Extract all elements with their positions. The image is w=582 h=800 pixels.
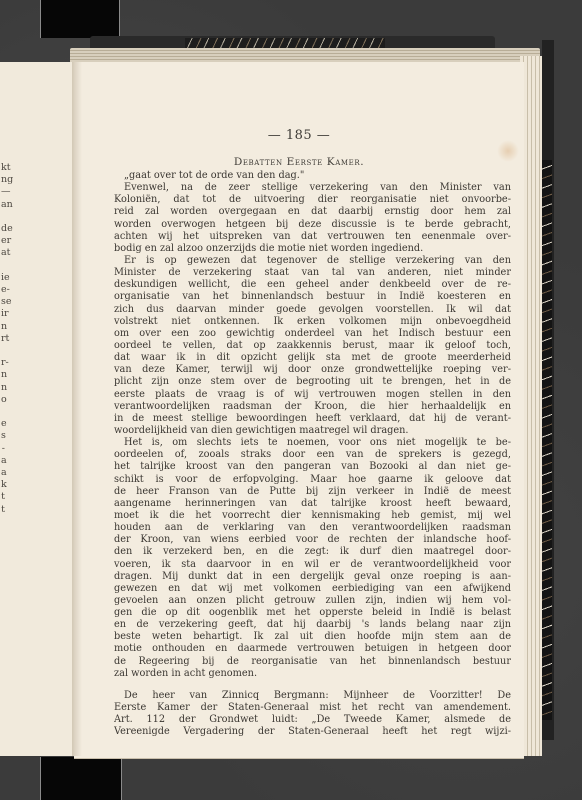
left-page-fragment: e- xyxy=(1,284,41,296)
scanner-gap-bottom xyxy=(40,757,122,800)
text-line: gewezen en dat wij met volkomen eerbiedi… xyxy=(114,583,511,595)
text-line: Het is, om slechts iets te noemen, voor … xyxy=(114,437,511,449)
text-line: gen die op dit oogenblik met het opperst… xyxy=(114,607,511,619)
text-line: dragen. Mij dunkt dat in een dergelijk g… xyxy=(114,571,511,583)
paragraph-gap xyxy=(114,680,511,690)
text-line: organisatie van het binnenlandsch bestuu… xyxy=(114,291,511,303)
left-page-fragment: se xyxy=(1,296,41,308)
text-line: Er is op gewezen dat tegenover de stelli… xyxy=(114,255,511,267)
left-page-fragment: ie xyxy=(1,272,41,284)
left-page-fragment: an xyxy=(1,199,41,211)
paragraph: Het is, om slechts iets te noemen, voor … xyxy=(114,437,511,680)
text-line: van deze Kamer, terwijl wij door onze gr… xyxy=(114,364,511,376)
left-page-fragment: ir xyxy=(1,308,41,320)
text-line: reid zal worden overgegaan en dat daarbi… xyxy=(114,206,511,218)
text-line: beste weten behartigt. Ik zal uit dien h… xyxy=(114,631,511,643)
text-line: oordeelen of, zooals straks door een van… xyxy=(114,449,511,461)
left-page-fragment: de xyxy=(1,223,41,235)
text-line: zich dus daarvan minder goede gevolgen v… xyxy=(114,304,511,316)
text-line: den ik verzekerd ben, en die zegt: ik du… xyxy=(114,546,511,558)
text-line: bodig en zal alzoo onzerzijds die motie … xyxy=(114,243,511,255)
text-line: het talrijke kroost van den pangeran van… xyxy=(114,461,511,473)
text-line: plicht zijn onze stem over de begrooting… xyxy=(114,376,511,388)
text-line: moet ik die het voorrecht dier kennismak… xyxy=(114,510,511,522)
text-line: gevoelen aan onzen plicht getrouw zullen… xyxy=(114,595,511,607)
text-line: de Regeering bij de reorganisatie van he… xyxy=(114,656,511,668)
text-line: de heer Franson van de Putte bij zijn ve… xyxy=(114,486,511,498)
left-page-fragment: ng xyxy=(1,174,41,186)
text-line: houden aan de verklaring van den verantw… xyxy=(114,522,511,534)
left-page-fragment: at xyxy=(1,247,41,259)
marbled-edge-top xyxy=(185,38,385,48)
text-line: dat waar ik in dit opzicht gelijk sta me… xyxy=(114,352,511,364)
left-page-fragment: e xyxy=(1,418,41,430)
text-line: verantwoordelijken raadsman der Kroon, d… xyxy=(114,401,511,413)
text-line: Evenwel, na de zeer stellige verzekering… xyxy=(114,182,511,194)
text-line: der Kroon, van wiens eerbied voor de rec… xyxy=(114,534,511,546)
paragraph: Evenwel, na de zeer stellige verzekering… xyxy=(114,182,511,255)
text-line: deskundigen wellicht, die een geheel and… xyxy=(114,279,511,291)
text-line: Minister de verzekering staat van tal va… xyxy=(114,267,511,279)
text-line: eerste plaats de vraag is of wij vertrou… xyxy=(114,389,511,401)
left-page-fragment: t xyxy=(1,491,41,503)
left-page-fragment: o xyxy=(1,394,41,406)
page-number: — 185 — xyxy=(74,128,524,143)
text-line: volstrekt niet ontkennen. Ik erken volko… xyxy=(114,316,511,328)
text-line: aangename herinneringen van dat talrijke… xyxy=(114,498,511,510)
text-line: woordelijkheid van dien gewichtigen maat… xyxy=(114,425,511,437)
text-line: zal worden in acht genomen. xyxy=(114,668,511,680)
left-page-fragment: - xyxy=(1,443,41,455)
left-page-fragment: a xyxy=(1,467,41,479)
text-line: De heer van Zinnicq Bergmann: Mijnheer d… xyxy=(114,690,511,702)
text-line: Eerste Kamer der Staten-Generaal mist he… xyxy=(114,702,511,714)
left-page-fragment: n xyxy=(1,369,41,381)
text-line: worden overwogen hetgeen bij deze discus… xyxy=(114,219,511,231)
text-line: Koloniën, dat tot de uitvoering dier reo… xyxy=(114,194,511,206)
scanner-gap-top xyxy=(40,0,120,38)
marbled-edge-right xyxy=(542,160,552,720)
text-line: schikt is voor de erfopvolging. Maar hoe… xyxy=(114,474,511,486)
left-page-fragment: t xyxy=(1,504,41,516)
left-page-fragment: rt xyxy=(1,333,41,345)
left-page-fragment: — xyxy=(1,186,41,198)
left-page-fragment: kt xyxy=(1,162,41,174)
text-line: Vereenigde Vergadering der Staten-Genera… xyxy=(114,726,511,738)
text-line: en de verzekering geeft, dat hij daarbij… xyxy=(114,619,511,631)
left-page-fragment: r- xyxy=(1,357,41,369)
text-line: achten wij het uitspreken van dat vertro… xyxy=(114,231,511,243)
text-line: Art. 112 der Grondwet luidt: „De Tweede … xyxy=(114,714,511,726)
left-page-fragment: n xyxy=(1,321,41,333)
text-line: om over een zoo gewichtig onderdeel van … xyxy=(114,328,511,340)
text-line: motie onthouden en daarmede vertrouwen b… xyxy=(114,643,511,655)
left-page-fragment: k xyxy=(1,479,41,491)
paragraph: Er is op gewezen dat tegenover de stelli… xyxy=(114,255,511,437)
left-page-fragment: er xyxy=(1,235,41,247)
left-page-fragment: s xyxy=(1,430,41,442)
left-page-fragment: n xyxy=(1,382,41,394)
body-text: „gaat over tot de orde van den dag."Even… xyxy=(114,170,511,738)
paragraph: „gaat over tot de orde van den dag." xyxy=(114,170,511,182)
paragraph: De heer van Zinnicq Bergmann: Mijnheer d… xyxy=(114,690,511,739)
left-page-fragment: a xyxy=(1,455,41,467)
text-line: oordeel te vellen, dat op zaakkennis ber… xyxy=(114,340,511,352)
running-head: Debatten Eerste Kamer. xyxy=(74,156,524,168)
left-page: ktng—andeeratiee-seirnrtr-nnoes-aaktt xyxy=(0,62,75,756)
text-line: „gaat over tot de orde van den dag." xyxy=(114,170,511,182)
text-line: voeren, ik sta daarvoor in en wil er de … xyxy=(114,559,511,571)
text-line: in de meest stellige bewoordingen heeft … xyxy=(114,413,511,425)
